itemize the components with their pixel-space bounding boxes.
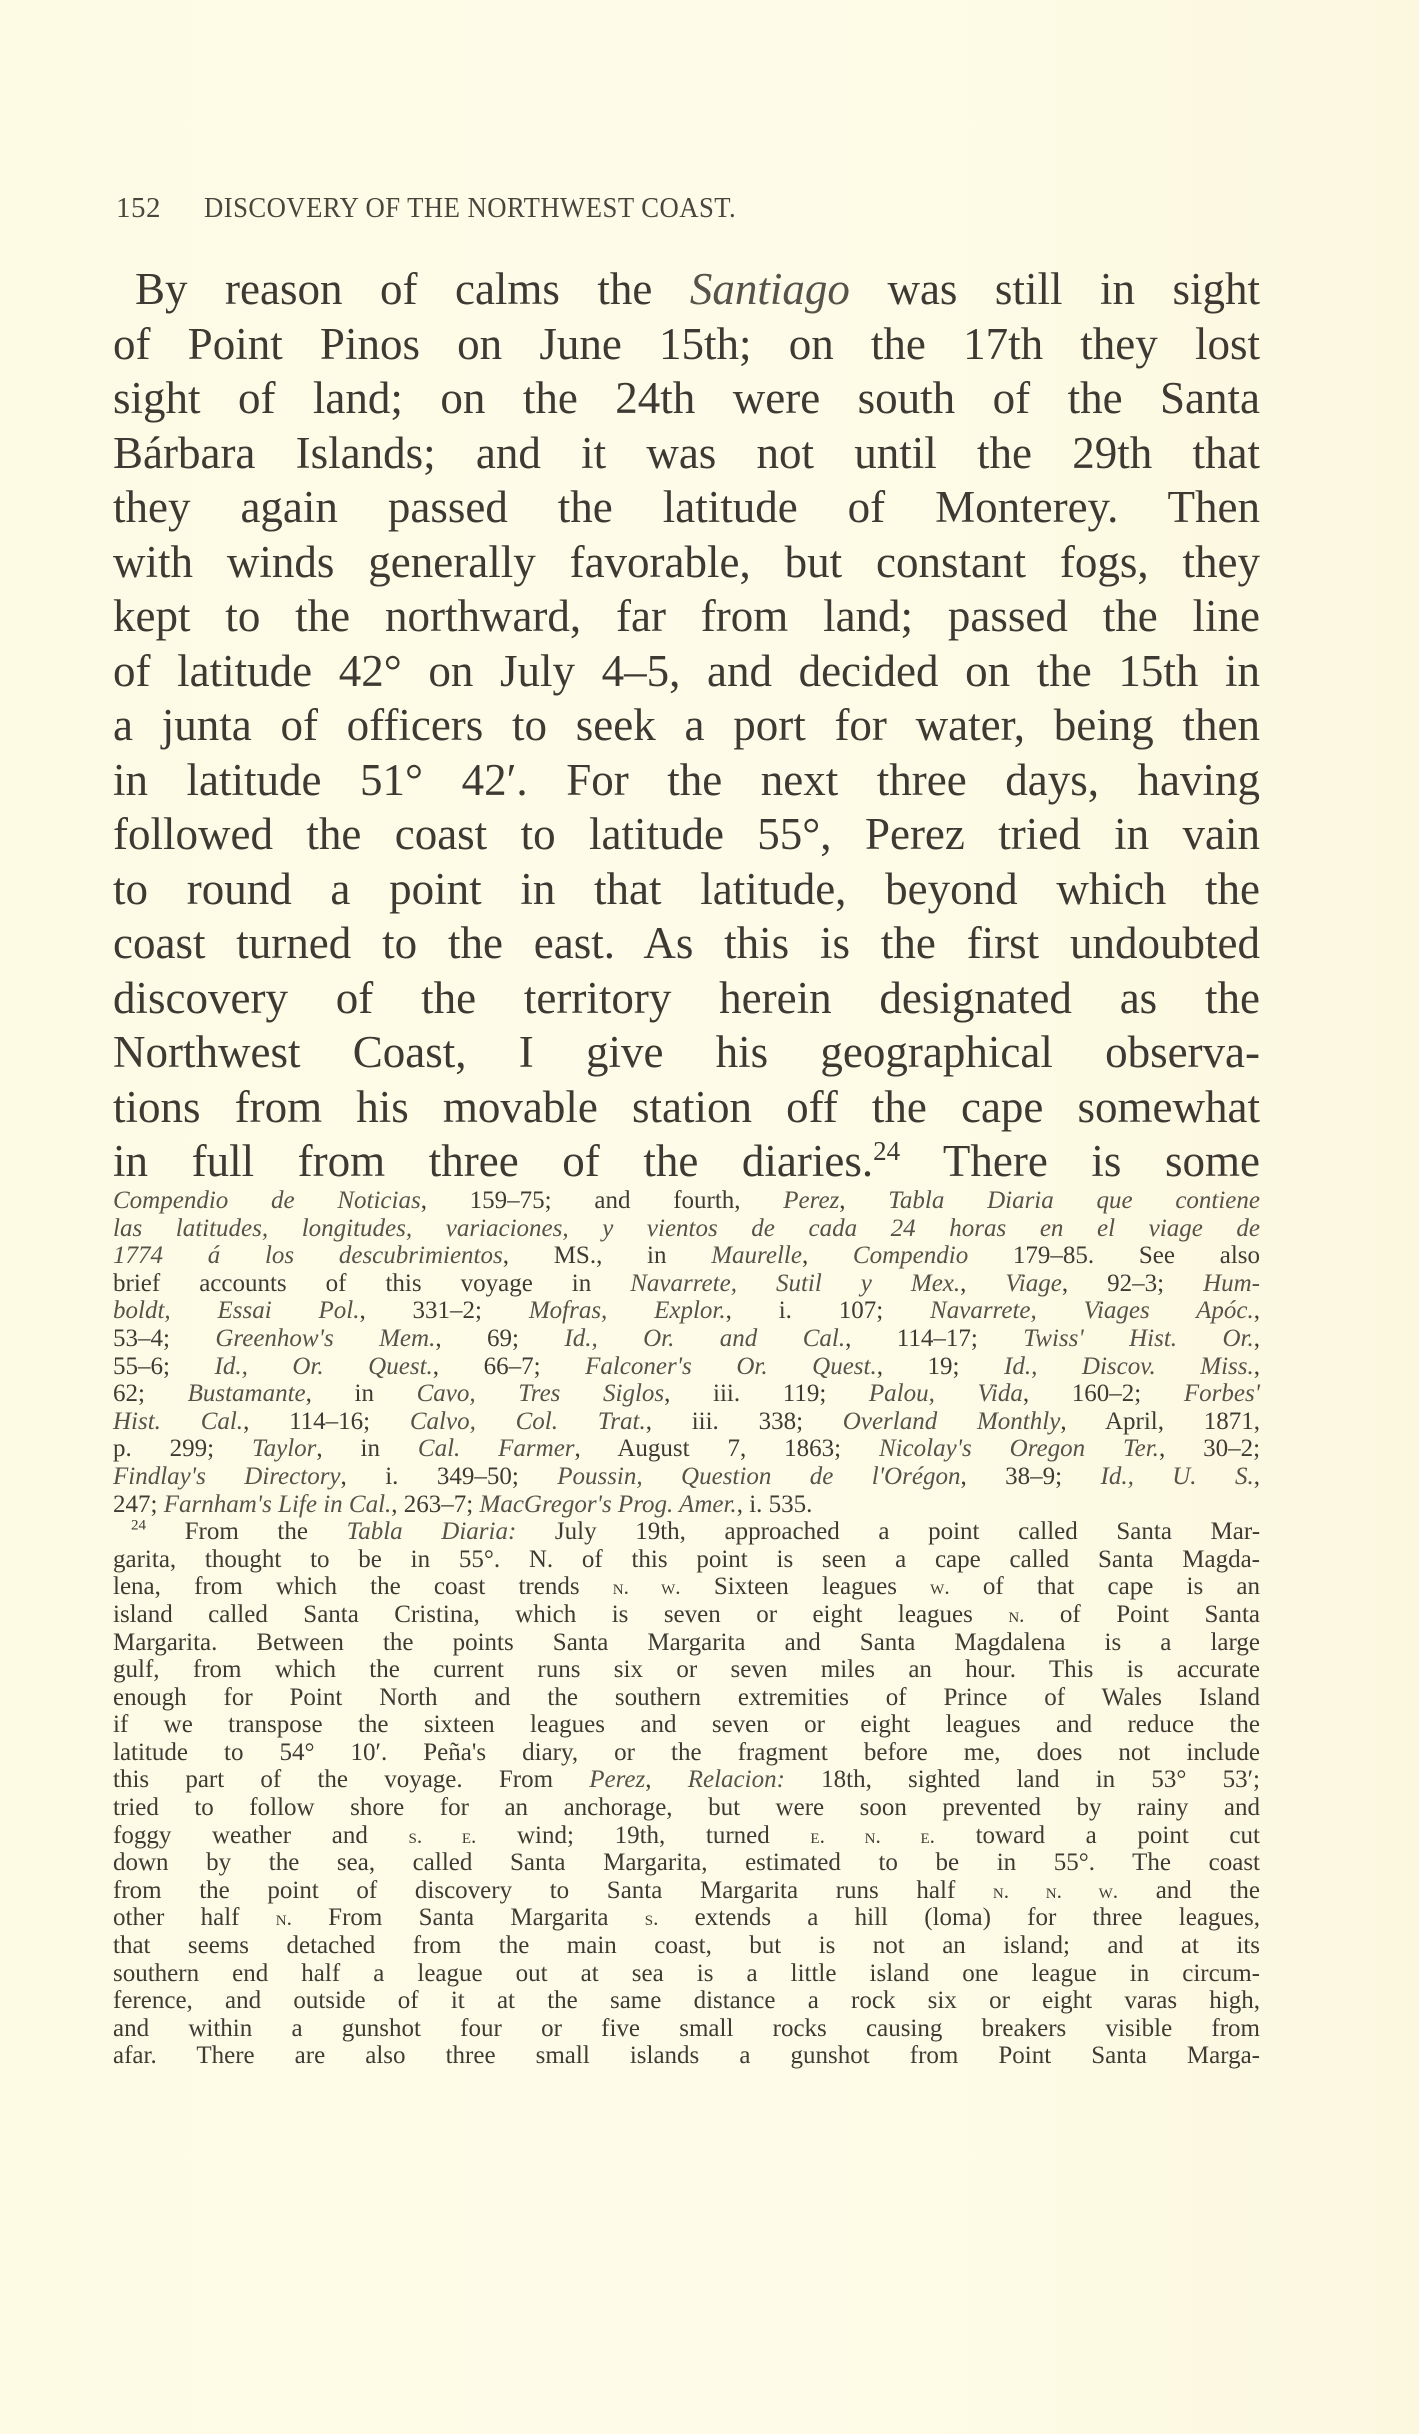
text-run: enough for Point North and the southern … (113, 1684, 1260, 1711)
footnote-line: other half n. From Santa Margarita s. ex… (113, 1904, 1260, 1932)
body-text-line: tions from his movable station off the c… (113, 1080, 1260, 1135)
text-run: , April, 1871, (1060, 1408, 1260, 1435)
text-run: 55–6; (113, 1353, 215, 1380)
italic-citation: Perez (589, 1766, 645, 1793)
text-run: toward a point cut (935, 1822, 1260, 1849)
italic-citation: Twiss' Hist. Or. (1023, 1325, 1254, 1352)
main-paragraph: By reason of calms the Santiago was stil… (113, 262, 1260, 1189)
footnote-line: Hist. Cal., 114–16; Calvo, Col. Trat., i… (113, 1408, 1260, 1436)
italic-citation: Farnham's Life in Cal. (164, 1491, 392, 1518)
footnote-line: this part of the voyage. From Perez, Rel… (113, 1766, 1260, 1794)
text-run: Northwest Coast, I give his geographical… (113, 1027, 1260, 1077)
text-run: coast turned to the east. As this is the… (113, 918, 1260, 968)
text-run: foggy weather and (113, 1822, 408, 1849)
body-text-line: followed the coast to latitude 55°, Pere… (113, 807, 1260, 862)
body-text-line: to round a point in that latitude, beyon… (113, 862, 1260, 917)
text-run: , (1254, 1325, 1260, 1352)
footnote-line: afar. There are also three small islands… (113, 2042, 1260, 2070)
text-run: in latitude 51° 42′. For the next three … (113, 755, 1260, 805)
italic-citation: Palou, Vida (869, 1380, 1023, 1407)
footnote-line: 53–4; Greenhow's Mem., 69; Id., Or. and … (113, 1325, 1260, 1353)
footnote-line: from the point of discovery to Santa Mar… (113, 1877, 1260, 1905)
footnote-line: Margarita. Between the points Santa Marg… (113, 1629, 1260, 1657)
text-run: brief accounts of this voyage in (113, 1270, 630, 1297)
text-run: tried to follow shore for an anchorage, … (113, 1794, 1260, 1821)
italic-citation: Id., Or. and Cal. (564, 1325, 845, 1352)
text-run: if we transpose the sixteen leagues and … (113, 1711, 1260, 1738)
text-run: was still in sight (850, 264, 1260, 314)
text-run: , 160–2; (1023, 1380, 1184, 1407)
italic-citation: Navarrete, Viages Apóc. (930, 1297, 1254, 1324)
italic-citation: Forbes' (1184, 1380, 1260, 1407)
text-run: extends a hill (loma) for three leagues, (658, 1904, 1260, 1931)
italic-citation: Tabla Diaria que contiene (888, 1187, 1260, 1214)
text-run: 247; (113, 1491, 164, 1518)
text-run: There is some (900, 1136, 1260, 1186)
italic-citation: boldt, Essai Pol. (113, 1297, 359, 1324)
italic-citation: Id., Discov. Miss. (1004, 1353, 1254, 1380)
italic-citation: Greenhow's Mem. (215, 1325, 435, 1352)
italic-citation: Cal. Farmer (418, 1435, 575, 1462)
text-run: ference, and outside of it at the same d… (113, 1987, 1260, 2014)
italic-citation: Compendio de Noticias (113, 1187, 421, 1214)
text-run: From the (146, 1518, 347, 1545)
footnote-marker: 24 (131, 1518, 146, 1534)
footnote-line: southern end half a league out at sea is… (113, 1960, 1260, 1988)
compass-direction: w. (930, 1575, 949, 1599)
text-run: lena, from which the coast trends (113, 1573, 613, 1600)
text-run: this part of the voyage. From (113, 1766, 589, 1793)
text-run: and within a gunshot four or five small … (113, 2015, 1260, 2042)
footnote-line: p. 299; Taylor, in Cal. Farmer, August 7… (113, 1435, 1260, 1463)
italic-citation: Viage (1005, 1270, 1061, 1297)
italic-citation: Navarrete, Sutil y Mex. (630, 1270, 960, 1297)
text-run: 53–4; (113, 1325, 215, 1352)
running-title: DISCOVERY OF THE NORTHWEST COAST. (204, 192, 736, 225)
footnote-line: las latitudes, longitudes, variaciones, … (113, 1215, 1260, 1243)
text-run: , 66–7; (433, 1353, 585, 1380)
italic-citation: Cavo, Tres Siglos (417, 1380, 665, 1407)
italic-citation: Mofras, Explor. (529, 1297, 726, 1324)
italic-citation: Nicolay's Oregon Ter. (879, 1435, 1159, 1462)
italic-citation: 1774 á los descubrimientos (113, 1242, 503, 1269)
text-run: latitude to 54° 10′. Peña's diary, or th… (113, 1739, 1260, 1766)
text-run: of latitude 42° on July 4–5, and decided… (113, 646, 1260, 696)
compass-direction: s. e. (408, 1824, 476, 1848)
footnote-line: and within a gunshot four or five small … (113, 2015, 1260, 2043)
text-run: , 114–17; (845, 1325, 1023, 1352)
italic-citation: Compendio (853, 1242, 968, 1269)
text-run: , 331–2; (359, 1297, 528, 1324)
italic-citation: Santiago (690, 264, 850, 314)
italic-citation: Poussin, Question de l'Orégon (557, 1463, 960, 1490)
footnote-line: 1774 á los descubrimientos, MS., in Maur… (113, 1242, 1260, 1270)
body-text-line: a junta of officers to seek a port for w… (113, 698, 1260, 753)
italic-citation: Relacion: (688, 1766, 785, 1793)
footnote-line: that seems detached from the main coast,… (113, 1932, 1260, 1960)
body-text-line: kept to the northward, far from land; pa… (113, 589, 1260, 644)
text-run: kept to the northward, far from land; pa… (113, 591, 1260, 641)
italic-citation: Bustamante (188, 1380, 306, 1407)
footnote-line: tried to follow shore for an anchorage, … (113, 1794, 1260, 1822)
compass-direction: s. (645, 1906, 659, 1930)
text-run: , i. 107; (726, 1297, 930, 1324)
body-text-line: of latitude 42° on July 4–5, and decided… (113, 644, 1260, 699)
italic-citation: Maurelle (711, 1242, 802, 1269)
italic-citation: Calvo, Col. Trat. (410, 1408, 646, 1435)
footnote-line: 55–6; Id., Or. Quest., 66–7; Falconer's … (113, 1353, 1260, 1381)
text-run: , 114–16; (243, 1408, 410, 1435)
text-run: , i. 349–50; (341, 1463, 558, 1490)
book-page: 152 DISCOVERY OF THE NORTHWEST COAST. By… (0, 0, 1419, 2434)
footnote-line: ference, and outside of it at the same d… (113, 1987, 1260, 2015)
text-run: , i. 535. (737, 1491, 813, 1518)
text-run: that seems detached from the main coast,… (113, 1932, 1260, 1959)
text-run: Bárbara Islands; and it was not until th… (113, 428, 1260, 478)
italic-citation: Overland Monthly (843, 1408, 1061, 1435)
page-number: 152 (116, 192, 161, 225)
body-text-line: they again passed the latitude of Monter… (113, 480, 1260, 535)
text-run: From Santa Margarita (292, 1904, 645, 1931)
text-run: southern end half a league out at sea is… (113, 1960, 1260, 1987)
compass-direction: n. (1008, 1603, 1024, 1627)
compass-direction: n. w. (613, 1575, 681, 1599)
text-run: , (1254, 1353, 1260, 1380)
italic-citation: Findlay's Directory (113, 1463, 341, 1490)
body-text-line: By reason of calms the Santiago was stil… (113, 262, 1260, 317)
text-run: 179–85. See also (968, 1242, 1260, 1269)
italic-citation: Taylor (252, 1435, 316, 1462)
text-run: of that cape is an (950, 1573, 1260, 1600)
text-run: , 69; (435, 1325, 564, 1352)
italic-citation: Id., U. S. (1101, 1463, 1254, 1490)
text-run: tions from his movable station off the c… (113, 1082, 1260, 1132)
text-run: wind; 19th, turned (476, 1822, 810, 1849)
footnote-line: 62; Bustamante, in Cavo, Tres Siglos, ii… (113, 1380, 1260, 1408)
compass-direction: n. (276, 1906, 292, 1930)
body-text-line: coast turned to the east. As this is the… (113, 916, 1260, 971)
footnote-line: garita, thought to be in 55°. N. of this… (113, 1546, 1260, 1574)
text-run: Sixteen leagues (681, 1573, 931, 1600)
text-run: gulf, from which the current runs six or… (113, 1656, 1260, 1683)
footnote-line: lena, from which the coast trends n. w. … (113, 1573, 1260, 1601)
body-text-line: discovery of the territory herein design… (113, 971, 1260, 1026)
text-run: 18th, sighted land in 53° 53′; (785, 1766, 1260, 1793)
text-run: , (802, 1242, 853, 1269)
text-run: in full from three of the diaries. (113, 1136, 873, 1186)
footnote-line: island called Santa Cristina, which is s… (113, 1601, 1260, 1629)
text-run: and the (1118, 1877, 1260, 1904)
text-run: , iii. 338; (646, 1408, 843, 1435)
text-run: , 19; (877, 1353, 1004, 1380)
text-run: , (839, 1187, 888, 1214)
text-run: , in (306, 1380, 417, 1407)
footnote-line: Findlay's Directory, i. 349–50; Poussin,… (113, 1463, 1260, 1491)
text-run: , 159–75; and fourth, (421, 1187, 784, 1214)
footnote-line: 247; Farnham's Life in Cal., 263–7; MacG… (113, 1491, 1260, 1519)
text-run: 62; (113, 1380, 188, 1407)
text-run: discovery of the territory herein design… (113, 973, 1260, 1023)
body-text-line: Northwest Coast, I give his geographical… (113, 1025, 1260, 1080)
italic-citation: Falconer's Or. Quest. (585, 1353, 877, 1380)
text-run: they again passed the latitude of Monter… (113, 482, 1260, 532)
text-run: a junta of officers to seek a port for w… (113, 700, 1260, 750)
italic-citation: MacGregor's Prog. Amer. (480, 1491, 737, 1518)
text-run: with winds generally favorable, but cons… (113, 537, 1260, 587)
text-run: , 92–3; (1062, 1270, 1203, 1297)
running-header: 152 DISCOVERY OF THE NORTHWEST COAST. (116, 192, 1266, 232)
text-run: p. 299; (113, 1435, 252, 1462)
italic-citation: Hum- (1203, 1270, 1260, 1297)
italic-citation: Tabla Diaria: (347, 1518, 517, 1545)
text-run: followed the coast to latitude 55°, Pere… (113, 809, 1260, 859)
text-run: island called Santa Cristina, which is s… (113, 1601, 1008, 1628)
text-run: Margarita. Between the points Santa Marg… (113, 1629, 1260, 1656)
text-run: down by the sea, called Santa Margarita,… (113, 1849, 1260, 1876)
text-run: , in (316, 1435, 418, 1462)
body-text-line: Bárbara Islands; and it was not until th… (113, 426, 1260, 481)
text-run: other half (113, 1904, 276, 1931)
footnote-line: latitude to 54° 10′. Peña's diary, or th… (113, 1739, 1260, 1767)
text-run: , 263–7; (391, 1491, 479, 1518)
footnote-line: gulf, from which the current runs six or… (113, 1656, 1260, 1684)
body-text-line: in latitude 51° 42′. For the next three … (113, 753, 1260, 808)
footnote-line: 24 From the Tabla Diaria: July 19th, app… (113, 1518, 1260, 1546)
footnote-line: brief accounts of this voyage in Navarre… (113, 1270, 1260, 1298)
footnote-line: down by the sea, called Santa Margarita,… (113, 1849, 1260, 1877)
text-run: garita, thought to be in 55°. N. of this… (113, 1546, 1260, 1573)
text-run: , 38–9; (960, 1463, 1100, 1490)
compass-direction: e. n. e. (810, 1824, 935, 1848)
text-run: , 30–2; (1159, 1435, 1260, 1462)
footnote-marker: 24 (873, 1136, 900, 1166)
italic-citation: las latitudes, longitudes, variaciones, … (113, 1215, 1260, 1242)
italic-citation: Perez (783, 1187, 839, 1214)
text-run: , (1254, 1297, 1260, 1324)
italic-citation: Id., Or. Quest. (215, 1353, 433, 1380)
text-run: , MS., in (503, 1242, 712, 1269)
body-text-line: sight of land; on the 24th were south of… (113, 371, 1260, 426)
footnote-line: enough for Point North and the southern … (113, 1684, 1260, 1712)
text-run: from the point of discovery to Santa Mar… (113, 1877, 993, 1904)
body-text-line: of Point Pinos on June 15th; on the 17th… (113, 317, 1260, 372)
text-run: , August 7, 1863; (575, 1435, 879, 1462)
text-run: to round a point in that latitude, beyon… (113, 864, 1260, 914)
text-run: , (960, 1270, 1005, 1297)
text-run: of Point Pinos on June 15th; on the 17th… (113, 319, 1260, 369)
footnote-line: foggy weather and s. e. wind; 19th, turn… (113, 1822, 1260, 1850)
text-run: By reason of calms the (135, 264, 690, 314)
footnote-line: Compendio de Noticias, 159–75; and fourt… (113, 1187, 1260, 1215)
footnote-line: if we transpose the sixteen leagues and … (113, 1711, 1260, 1739)
body-text-line: in full from three of the diaries.24 The… (113, 1134, 1260, 1189)
compass-direction: n. n. w. (993, 1879, 1118, 1903)
italic-citation: Hist. Cal. (113, 1408, 243, 1435)
text-run: , (645, 1766, 687, 1793)
text-run: afar. There are also three small islands… (113, 2042, 1260, 2069)
footnotes: Compendio de Noticias, 159–75; and fourt… (113, 1187, 1260, 2070)
text-run: , (1254, 1463, 1260, 1490)
text-run: sight of land; on the 24th were south of… (113, 373, 1260, 423)
footnote-line: boldt, Essai Pol., 331–2; Mofras, Explor… (113, 1297, 1260, 1325)
text-run: July 19th, approached a point called San… (516, 1518, 1260, 1545)
body-text-line: with winds generally favorable, but cons… (113, 535, 1260, 590)
text-run: , iii. 119; (664, 1380, 869, 1407)
text-run: of Point Santa (1024, 1601, 1260, 1628)
